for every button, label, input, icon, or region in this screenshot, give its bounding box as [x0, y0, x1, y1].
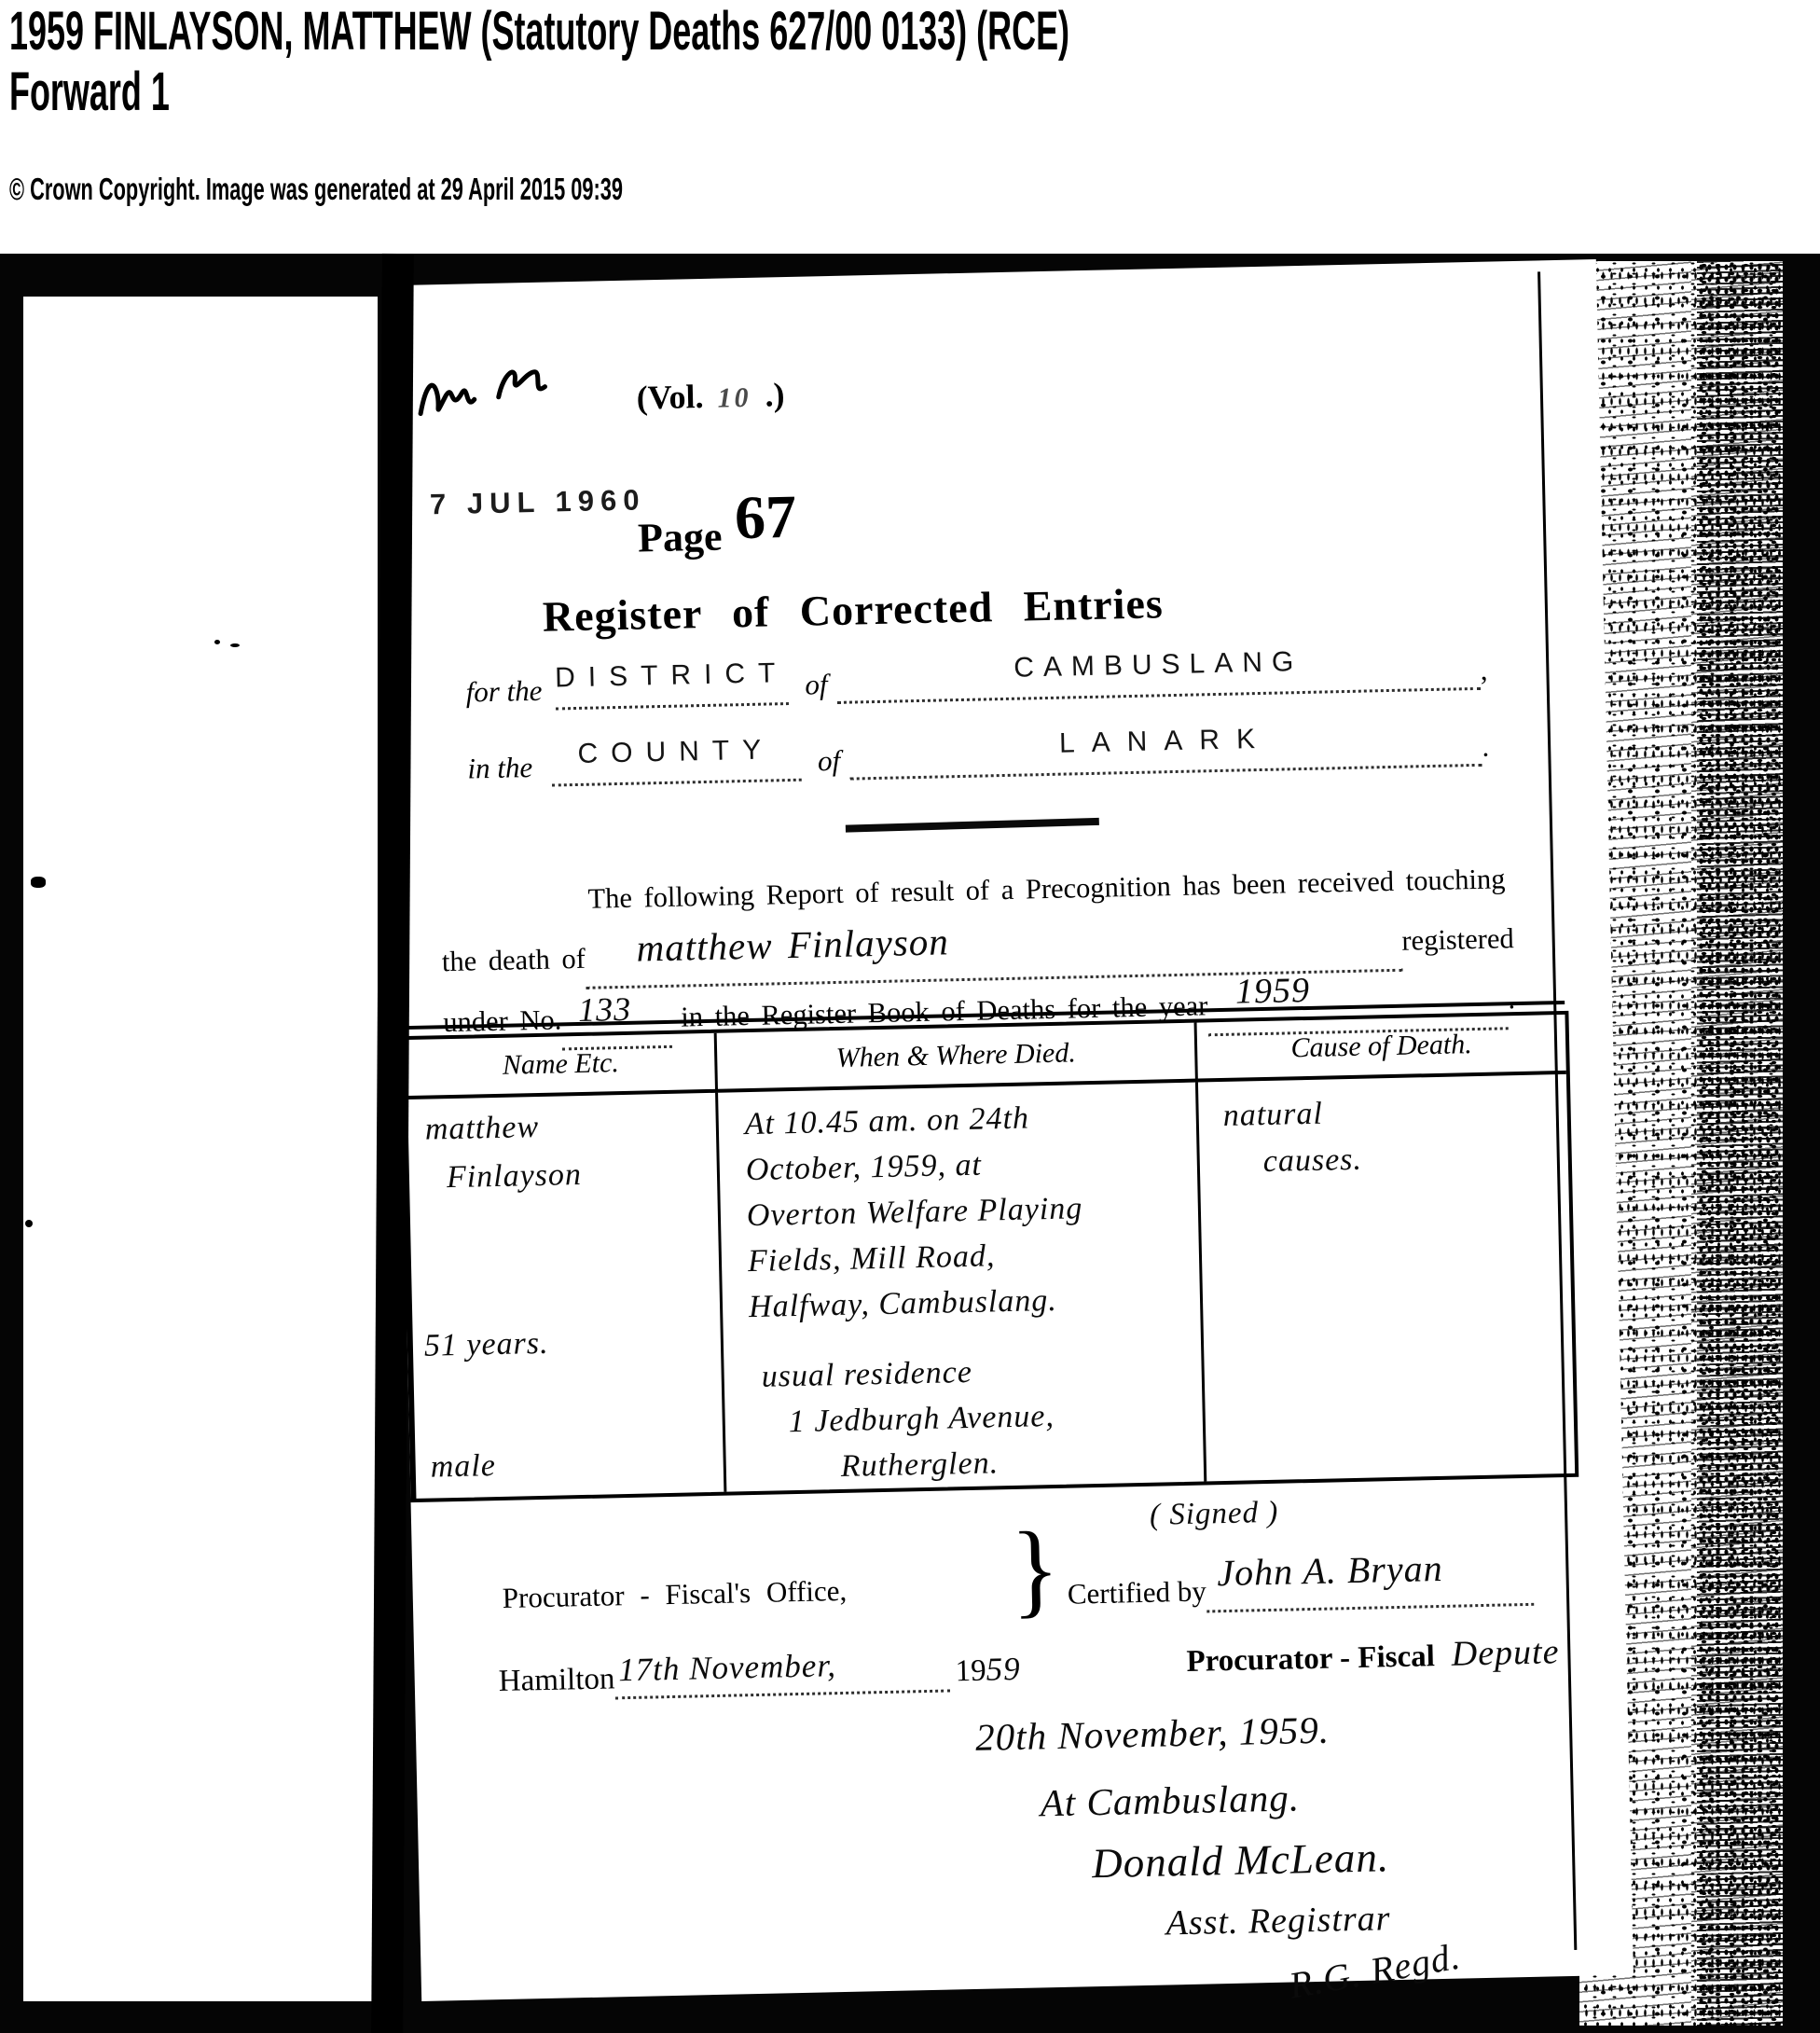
divider-rule — [846, 818, 1099, 833]
scan-speck — [230, 643, 240, 647]
residence-line: Rutherglen. — [840, 1436, 1204, 1489]
book-gutter-bar — [371, 254, 414, 2033]
date-slot: 17th November, — [614, 1653, 950, 1700]
record-title-line2: Forward 1 — [9, 62, 1069, 123]
year-printed: 19 — [955, 1654, 986, 1690]
record-title: 1959 FINLAYSON, MATTHEW (Statutory Death… — [9, 2, 1069, 123]
handwritten-initials-scribble — [412, 354, 572, 433]
fiscal-title-handwritten: Depute — [1451, 1632, 1560, 1674]
county-field-slot: COUNTY — [551, 745, 802, 787]
registration-date: 20th November, 1959. — [975, 1708, 1331, 1760]
deceased-name: matthew Finlayson — [636, 920, 949, 969]
district-prefix: for the — [465, 674, 543, 710]
col-header-when-where: When & Where Died. — [717, 1023, 1198, 1093]
year-handwritten: 59 — [986, 1651, 1021, 1689]
county-value-slot: LANARK — [849, 730, 1482, 781]
scan-speck — [214, 640, 220, 644]
certified-by-line: Certified by John A. Bryan — [1067, 1559, 1534, 1616]
certifier-signature: John A. Bryan — [1217, 1547, 1443, 1594]
district-field: DISTRICT — [555, 657, 789, 694]
district-field-slot: DISTRICT — [555, 669, 789, 710]
place-label: Hamilton — [498, 1662, 614, 1699]
registrar-title: Asst. Registrar — [1165, 1898, 1391, 1943]
fiscal-title-line: Procurator - Fiscal Depute — [1186, 1631, 1560, 1680]
page-number: 67 — [734, 483, 797, 552]
page-number-block: Page67 — [637, 493, 797, 568]
volume-suffix: .) — [765, 376, 785, 413]
county-prefix: in the — [467, 751, 533, 786]
signed-note: ( Signed ) — [1150, 1496, 1279, 1533]
district-of: of — [805, 668, 828, 702]
name-line: Finlayson — [447, 1155, 718, 1196]
cause-line: natural — [1222, 1091, 1567, 1134]
county-punct: . — [1482, 730, 1490, 764]
handwritten-date: 17th November, — [618, 1647, 836, 1688]
when-where-line: Halfway, Cambuslang. — [749, 1275, 1201, 1331]
volume-label: (Vol. 10 .) — [636, 375, 785, 417]
col-header-cause: Cause of Death. — [1197, 1015, 1566, 1083]
corrected-entry-table: Name Etc. When & Where Died. Cause of De… — [401, 1011, 1579, 1502]
district-value: CAMBUSLANG — [1013, 646, 1303, 685]
name-line: matthew — [424, 1106, 716, 1148]
registration-place: At Cambuslang. — [1040, 1775, 1300, 1825]
fiscal-office-line: Procurator - Fiscal's Office, — [502, 1574, 847, 1615]
col-header-name: Name Etc. — [407, 1033, 718, 1099]
entry-year: 1959 — [1234, 971, 1310, 1012]
cause-line: causes. — [1262, 1138, 1568, 1180]
registrar-signature: Donald McLean. — [1092, 1832, 1390, 1888]
volume-prefix: (Vol. — [636, 378, 704, 417]
district-value-slot: CAMBUSLANG — [836, 654, 1481, 704]
date-stamp: 1 7 JUL 1960 — [393, 483, 646, 522]
county-field: COUNTY — [577, 734, 774, 770]
county-of: of — [818, 744, 841, 779]
when-where-cell: At 10.45 am. on 24th October, 1959, at O… — [718, 1083, 1206, 1492]
county-value: LANARK — [1059, 724, 1273, 760]
district-punct: , — [1480, 654, 1488, 687]
cause-of-death-cell: natural causes. — [1198, 1074, 1575, 1482]
register-page: (Vol. 10 .) 1 7 JUL 1960 Page67 Register… — [384, 259, 1634, 2001]
record-title-line1: 1959 FINLAYSON, MATTHEW (Statutory Death… — [9, 2, 1069, 62]
copyright-notice: © Crown Copyright. Image was generated a… — [9, 172, 623, 207]
document-scan: (Vol. 10 .) 1 7 JUL 1960 Page67 Register… — [0, 254, 1820, 2033]
sex-line: male — [430, 1444, 724, 1486]
brace-glyph: } — [1010, 1516, 1060, 1624]
registrar-mark: R.G. Regd. — [1286, 1933, 1464, 2007]
name-cell: matthew Finlayson 51 years. male — [407, 1093, 726, 1499]
certified-by-label: Certified by — [1067, 1574, 1206, 1611]
blank-left-page — [23, 297, 378, 2001]
book-edge-dense-texture — [1697, 261, 1783, 2026]
page-title: Register of Corrected Entries — [475, 577, 1231, 643]
intro-line2-prefix: the death of — [441, 931, 586, 989]
page-label: Page — [638, 514, 723, 561]
volume-number: 10 — [717, 382, 751, 414]
district-line: for the DISTRICT of CAMBUSLANG , — [465, 654, 1488, 712]
scan-speck — [31, 877, 46, 888]
scan-speck — [25, 1220, 33, 1227]
intro-line2-suffix: registered — [1401, 910, 1515, 969]
county-line: in the COUNTY of LANARK . — [467, 730, 1490, 789]
age-line: 51 years. — [423, 1322, 721, 1364]
place-date-line: Hamilton 17th November, 19 59 — [498, 1651, 1021, 1702]
fiscal-title-printed: Procurator - Fiscal — [1186, 1639, 1435, 1679]
certifier-signature-slot: John A. Bryan — [1206, 1559, 1534, 1613]
